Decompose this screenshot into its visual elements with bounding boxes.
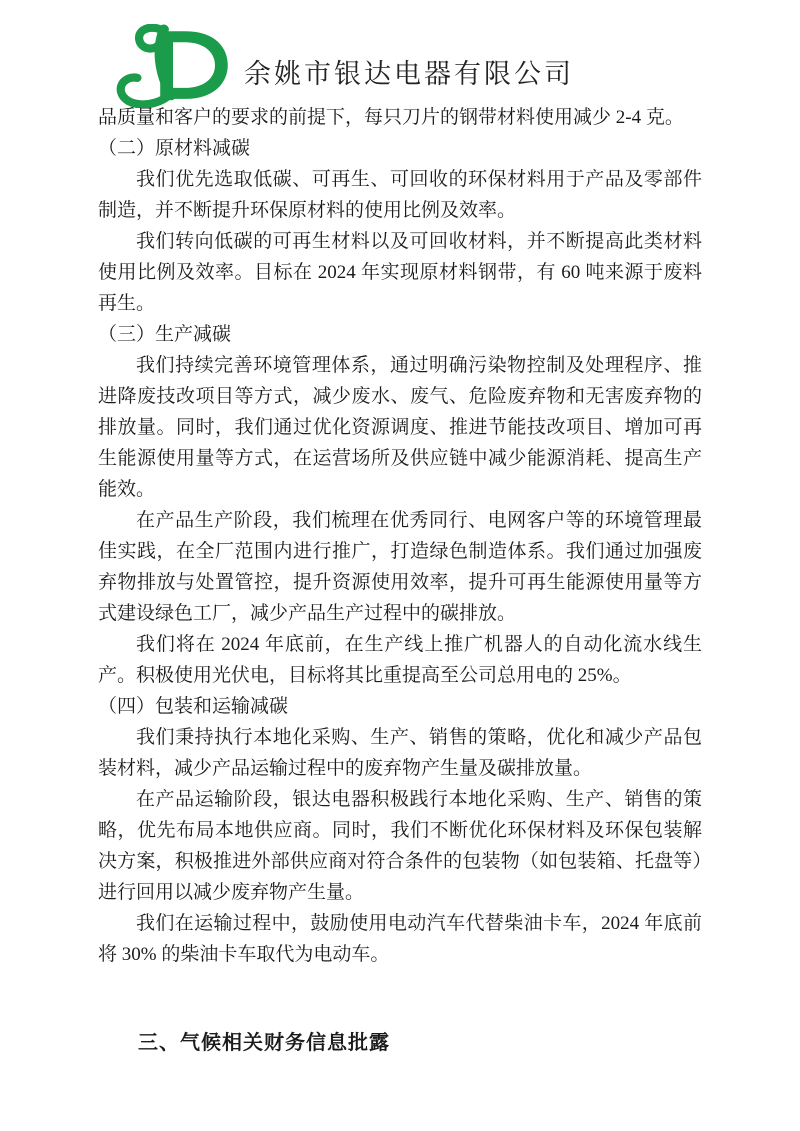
major-heading-climate-financial-disclosure: 三、气候相关财务信息批露 bbox=[98, 1028, 702, 1059]
paragraph: 我们持续完善环境管理体系，通过明确污染物控制及处理程序、推进降废技改项目等方式，… bbox=[98, 350, 702, 505]
paragraph: 我们转向低碳的可再生材料以及可回收材料，并不断提高此类材料使用比例及效率。目标在… bbox=[98, 226, 702, 319]
paragraph: 我们在运输过程中，鼓励使用电动汽车代替柴油卡车，2024 年底前将 30% 的柴… bbox=[98, 908, 702, 970]
paragraph: 在产品生产阶段，我们梳理在优秀同行、电网客户等的环境管理最佳实践，在全厂范围内进… bbox=[98, 505, 702, 629]
document-body: 品质量和客户的要求的前提下，每只刀片的钢带材料使用减少 2-4 克。 （二）原材… bbox=[98, 102, 702, 1059]
section-heading-packaging-transport: （四）包装和运输减碳 bbox=[98, 691, 702, 722]
paragraph: 我们将在 2024 年底前，在生产线上推广机器人的自动化流水线生产。积极使用光伏… bbox=[98, 629, 702, 691]
page-header: 余姚市银达电器有限公司 bbox=[0, 0, 800, 108]
company-name: 余姚市银达电器有限公司 bbox=[0, 52, 800, 91]
document-page: 余姚市银达电器有限公司 品质量和客户的要求的前提下，每只刀片的钢带材料使用减少 … bbox=[0, 0, 800, 1131]
section-heading-raw-material-reduction: （二）原材料减碳 bbox=[98, 133, 702, 164]
section-heading-production-reduction: （三）生产减碳 bbox=[98, 319, 702, 350]
paragraph-continuation: 品质量和客户的要求的前提下，每只刀片的钢带材料使用减少 2-4 克。 bbox=[98, 102, 702, 133]
paragraph: 在产品运输阶段，银达电器积极践行本地化采购、生产、销售的策略，优先布局本地供应商… bbox=[98, 784, 702, 908]
paragraph: 我们优先选取低碳、可再生、可回收的环保材料用于产品及零部件制造，并不断提升环保原… bbox=[98, 164, 702, 226]
paragraph: 我们秉持执行本地化采购、生产、销售的策略，优化和减少产品包装材料，减少产品运输过… bbox=[98, 722, 702, 784]
